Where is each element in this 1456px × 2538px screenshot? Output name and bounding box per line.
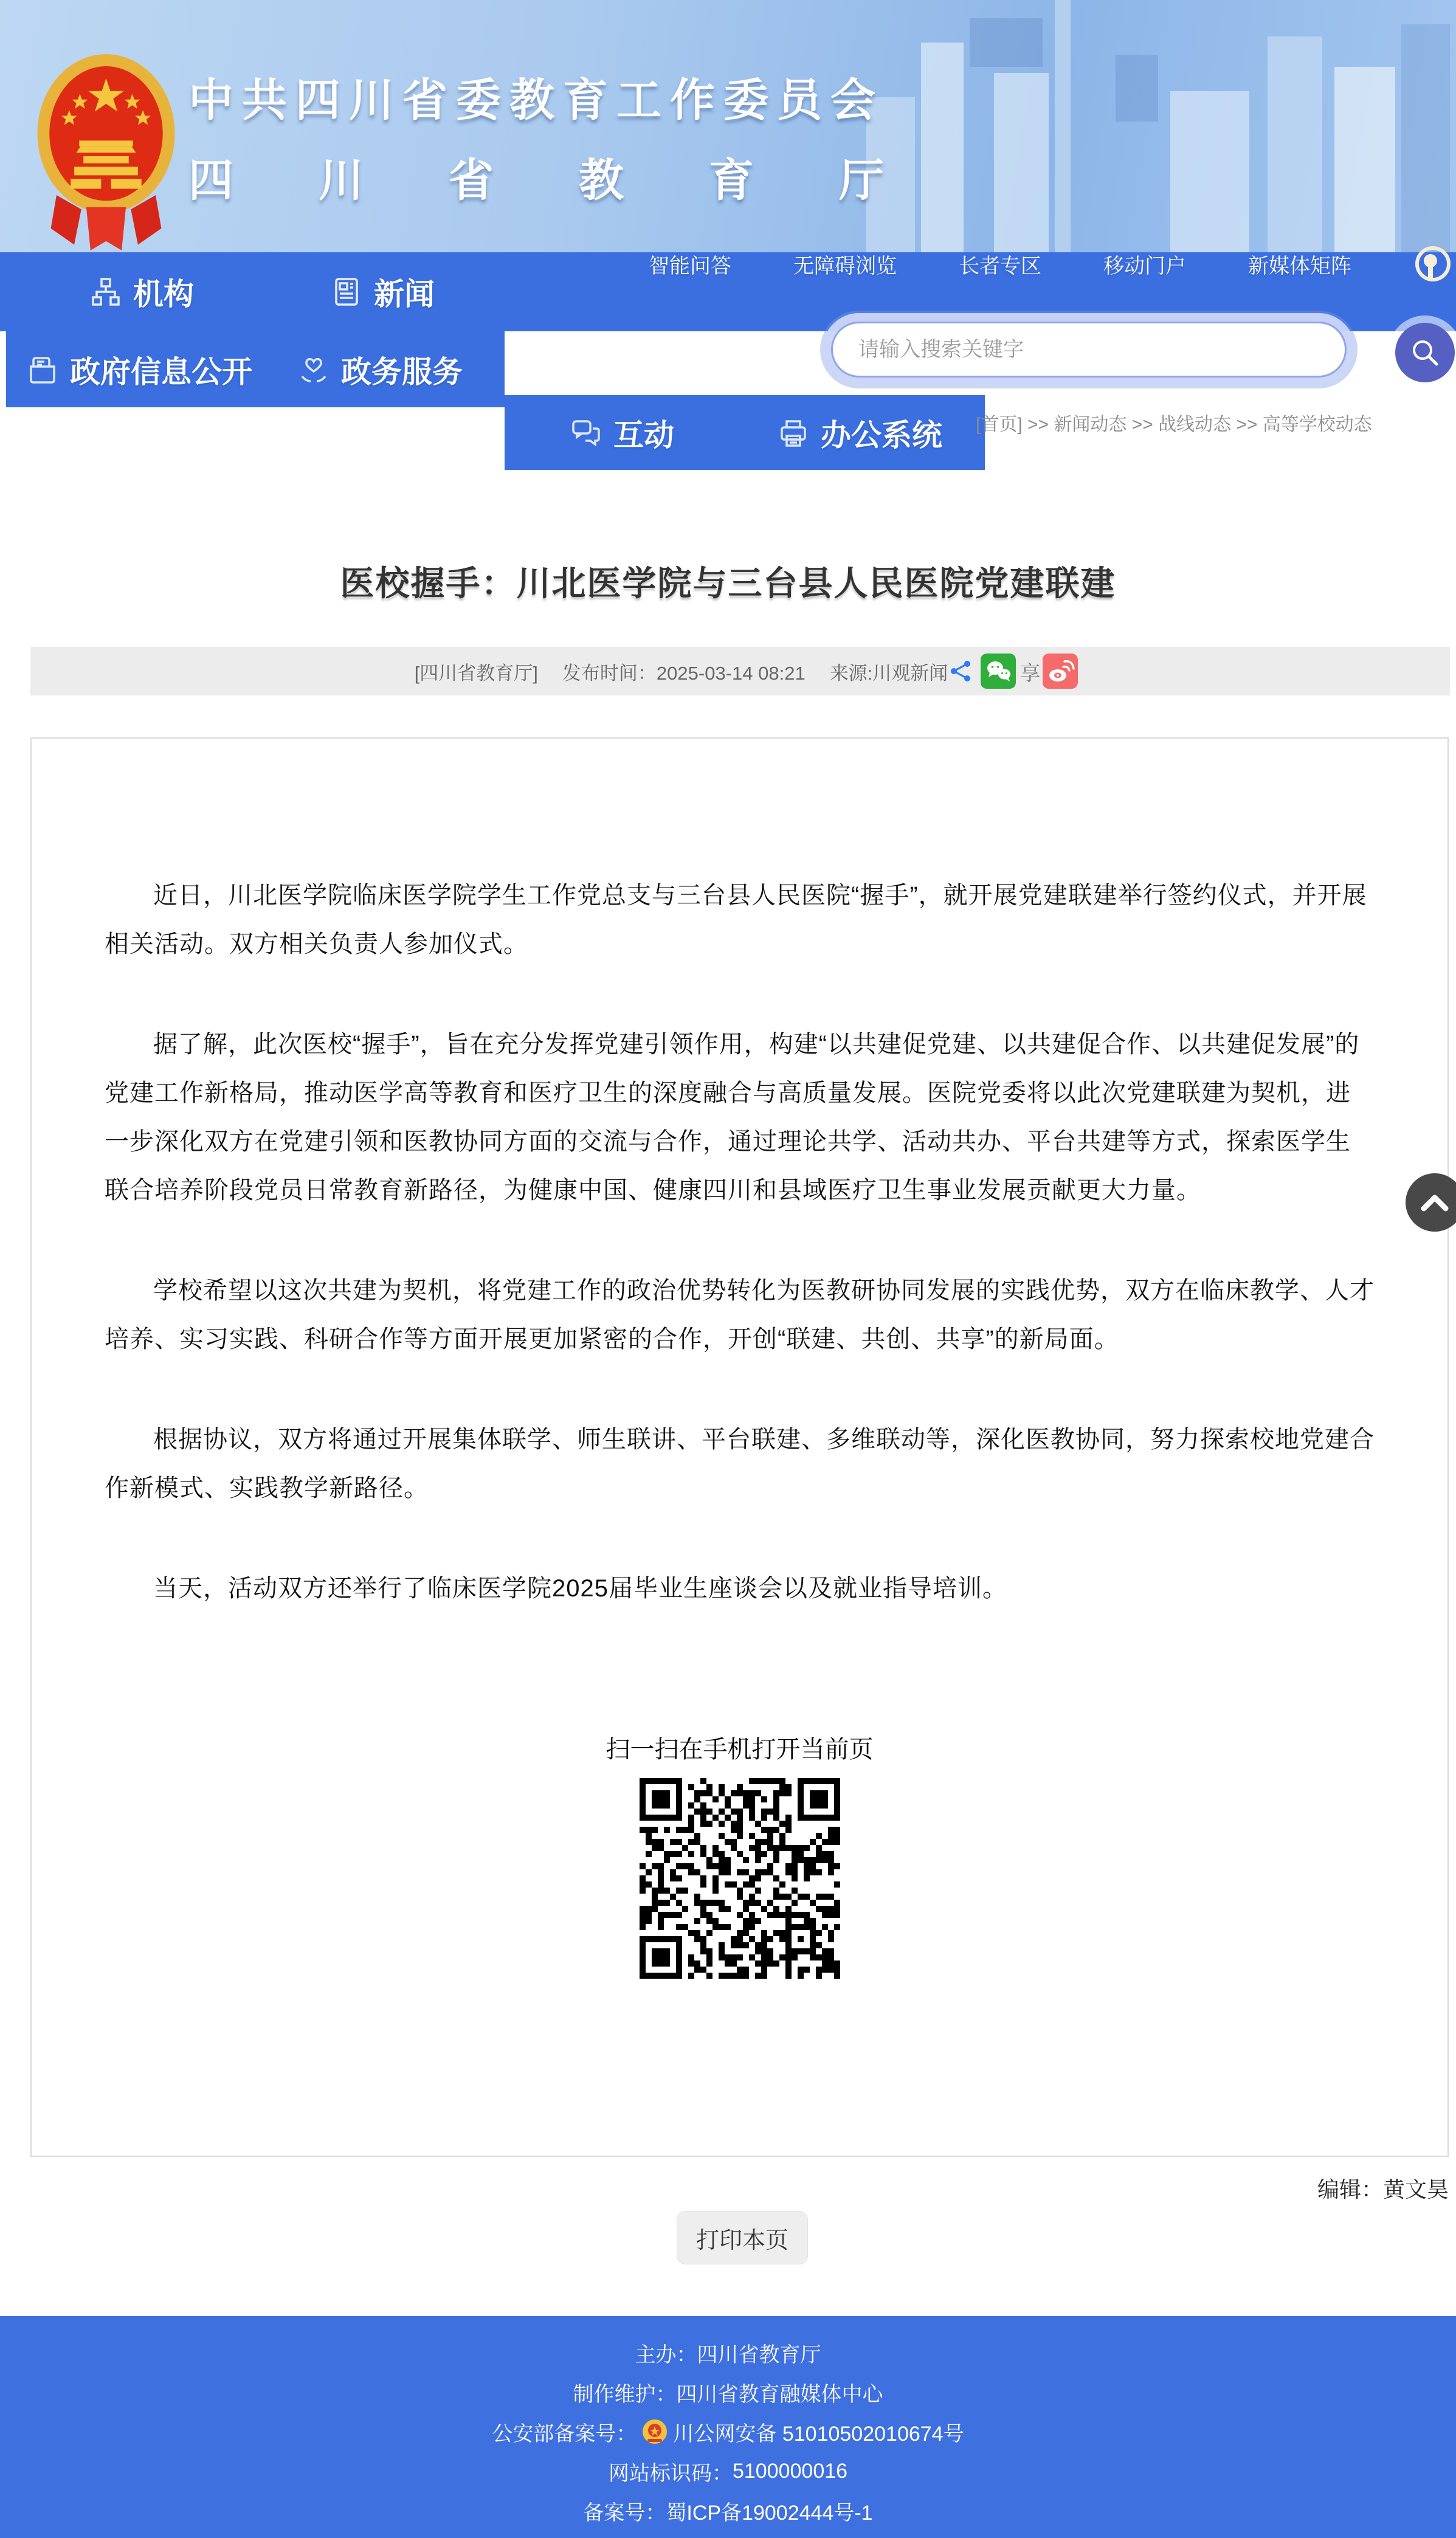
nav-label: 互动: [613, 411, 674, 455]
article-paragraph: 根据协议，双方将通过开展集体联学、师生联讲、平台联建、多维联动等，深化医教协同，…: [105, 1415, 1375, 1512]
footer-sitecode-value: 5100000016: [733, 2460, 847, 2483]
breadcrumb[interactable]: [首页] >> 新闻动态 >> 战线动态 >> 高等学校动态: [976, 401, 1401, 449]
editor-name: 黄文昊: [1383, 2177, 1449, 2202]
nav-band-secondary: 政府信息公开 政务服务: [6, 331, 505, 407]
footer-police-number[interactable]: 川公网安备 51010502010674号: [673, 2417, 964, 2447]
footer-maintain-value: 四川省教育融媒体中心: [677, 2378, 883, 2407]
folder-docs-icon: [26, 353, 59, 386]
footer-police-label: 公安部备案号：: [492, 2417, 637, 2447]
nav-label: 机构: [133, 270, 194, 314]
page-footer: 主办：四川省教育厅 制作维护：四川省教育融媒体中心 公安部备案号： 川公网安备 …: [0, 2316, 1456, 2538]
footer-maintain-line: 制作维护：四川省教育融媒体中心: [573, 2379, 883, 2405]
heart-hands-icon: [297, 353, 330, 386]
police-badge-icon: [641, 2418, 668, 2445]
nav-band-tertiary: 互动 办公系统: [505, 395, 985, 470]
meta-publish-time: 发布时间：2025-03-14 08:21: [562, 658, 806, 685]
header-hero: 中共四川省委教育工作委员会 四川省教育厅: [0, 0, 1456, 252]
utility-links: 智能问答 无障碍浏览 长者专区 移动门户 新媒体矩阵: [649, 244, 1452, 283]
link-new-media-matrix[interactable]: 新媒体矩阵: [1248, 249, 1351, 279]
article-paragraph: 学校希望以这次共建为契机，将党建工作的政治优势转化为医教研协同发展的实践优势，双…: [105, 1266, 1375, 1364]
footer-icp-label: 备案号：: [583, 2496, 666, 2526]
footer-host-value: 四川省教育厅: [697, 2338, 821, 2368]
link-accessibility[interactable]: 无障碍浏览: [793, 249, 897, 279]
link-smart-qa[interactable]: 智能问答: [649, 249, 731, 279]
printer-icon: [777, 416, 810, 449]
portal-logo-icon[interactable]: [1413, 244, 1452, 283]
org-chart-icon: [89, 275, 122, 308]
newspaper-icon: [330, 275, 363, 308]
footer-maintain-label: 制作维护：: [573, 2378, 677, 2407]
search-bar: [831, 322, 1347, 378]
meta-department: [四川省教育厅]: [415, 658, 538, 685]
nav-item-news[interactable]: 新闻: [330, 252, 435, 331]
nav-label: 政府信息公开: [70, 348, 252, 391]
search-icon: [1409, 336, 1441, 369]
print-page-button[interactable]: 打印本页: [677, 2211, 808, 2264]
article-paragraph: 近日，川北医学院临床医学院学生工作党总支与三台县人民医院“握手”，就开展党建联建…: [105, 871, 1375, 968]
weibo-share-icon[interactable]: [1043, 653, 1078, 689]
page: 中共四川省委教育工作委员会 四川省教育厅 智能问答 无障碍浏览 长者专区 移动门…: [0, 0, 1456, 2538]
page-title: 医校握手：川北医学院与三台县人民医院党建联建: [0, 557, 1456, 605]
nav-item-gov-service[interactable]: 政务服务: [297, 331, 463, 407]
footer-host-line: 主办：四川省教育厅: [635, 2339, 821, 2366]
chevron-up-icon: [1416, 1190, 1453, 1215]
link-senior-zone[interactable]: 长者专区: [959, 249, 1041, 279]
nav-item-office-system[interactable]: 办公系统: [777, 395, 942, 470]
share-nodes-icon[interactable]: [949, 659, 973, 683]
nav-item-interaction[interactable]: 互动: [570, 395, 674, 470]
footer-icp-value[interactable]: 蜀ICP备19002444号-1: [666, 2496, 872, 2526]
nav-label: 政务服务: [341, 348, 463, 391]
footer-police-line: 公安部备案号： 川公网安备 51010502010674号: [492, 2418, 964, 2445]
nav-item-gov-info[interactable]: 政府信息公开: [26, 331, 252, 407]
search-button[interactable]: [1395, 323, 1455, 382]
article-paragraph: 据了解，此次医校“握手”，旨在充分发挥党建引领作用，构建“以共建促党建、以共建促…: [105, 1020, 1375, 1215]
qr-code: [640, 1778, 840, 1982]
link-mobile-portal[interactable]: 移动门户: [1103, 249, 1186, 279]
share-suffix-text: 享: [1020, 657, 1040, 686]
wechat-share-icon[interactable]: [981, 653, 1016, 689]
footer-sitecode-line: 网站标识码：5100000016: [609, 2458, 847, 2485]
article-meta-bar: [四川省教育厅] 发布时间：2025-03-14 08:21 来源:川观新闻 享: [30, 647, 1450, 695]
editor-label: 编辑：: [1317, 2177, 1383, 2202]
meta-source: 来源:川观新闻: [830, 658, 948, 685]
nav-label: 办公系统: [821, 411, 942, 455]
footer-host-label: 主办：: [635, 2338, 697, 2368]
nav-item-organization[interactable]: 机构: [89, 252, 194, 331]
nav-label: 新闻: [374, 270, 435, 314]
article-paragraph: 当天，活动双方还举行了临床医学院2025届毕业生座谈会以及就业指导培训。: [105, 1564, 1375, 1613]
chat-bubbles-icon: [570, 416, 602, 449]
footer-sitecode-label: 网站标识码：: [609, 2457, 733, 2486]
qr-caption: 扫一扫在手机打开当前页: [105, 1730, 1375, 1765]
editor-credit: 编辑：黄文昊: [1317, 2173, 1449, 2204]
org-committee-title: 中共四川省委教育工作委员会: [188, 64, 884, 129]
search-input[interactable]: [858, 338, 1319, 362]
national-emblem-logo: [35, 50, 177, 250]
footer-icp-line: 备案号：蜀ICP备19002444号-1: [583, 2497, 872, 2524]
article-card: 近日，川北医学院临床医学院学生工作党总支与三台县人民医院“握手”，就开展党建联建…: [30, 737, 1449, 2157]
org-department-title: 四川省教育厅: [188, 145, 969, 209]
